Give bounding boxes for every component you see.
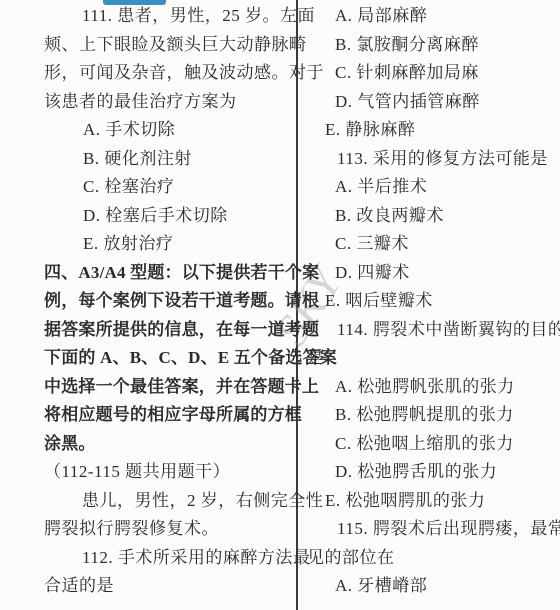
text-line: D. 松弛腭舌肌的张力 bbox=[307, 458, 557, 487]
text-line: C. 松弛咽上缩肌的张力 bbox=[307, 430, 557, 459]
text-line: E. 静脉麻醉 bbox=[307, 116, 557, 145]
text-line: 中选择一个最佳答案，并在答题卡上 bbox=[44, 373, 294, 402]
text-line: E. 咽后壁瓣术 bbox=[307, 287, 557, 316]
text-line: 115. 腭裂术后出现腭瘘，最常 bbox=[307, 515, 557, 544]
text-line: 113. 采用的修复方法可能是 bbox=[307, 145, 557, 174]
text-line: 将相应题号的相应字母所属的方框 bbox=[44, 401, 294, 430]
exam-paper-scan: SKY 111. 患者，男性，25 岁。左面颊、上下眼睑及额头巨大动静脉畸形，可… bbox=[0, 0, 560, 610]
text-line: D. 四瓣术 bbox=[307, 259, 557, 288]
text-line: A. 局部麻醉 bbox=[307, 2, 557, 31]
text-line: C. 针刺麻醉加局麻 bbox=[307, 59, 557, 88]
text-line: 合适的是 bbox=[44, 572, 294, 601]
text-line: C. 栓塞治疗 bbox=[44, 173, 294, 202]
text-line: D. 气管内插管麻醉 bbox=[307, 88, 557, 117]
text-line: 腭裂拟行腭裂修复术。 bbox=[44, 515, 294, 544]
text-line: 颊、上下眼睑及额头巨大动静脉畸 bbox=[44, 31, 294, 60]
text-line: 111. 患者，男性，25 岁。左面 bbox=[44, 2, 294, 31]
text-line: B. 改良两瓣术 bbox=[307, 202, 557, 231]
text-line: 形，可闻及杂音，触及波动感。对于 bbox=[44, 59, 294, 88]
text-line: （112-115 题共用题干） bbox=[44, 458, 294, 487]
left-column: 111. 患者，男性，25 岁。左面颊、上下眼睑及额头巨大动静脉畸形，可闻及杂音… bbox=[44, 2, 294, 601]
text-line: D. 栓塞后手术切除 bbox=[44, 202, 294, 231]
text-line: A. 牙槽嵴部 bbox=[307, 572, 557, 601]
text-line: 四、A3/A4 型题：以下提供若干个案 bbox=[44, 259, 294, 288]
right-column: A. 局部麻醉B. 氯胺酮分离麻醉C. 针刺麻醉加局麻D. 气管内插管麻醉E. … bbox=[307, 2, 557, 601]
text-line: A. 手术切除 bbox=[44, 116, 294, 145]
text-line: 114. 腭裂术中凿断翼钩的目的 bbox=[307, 316, 557, 345]
text-line: 据答案所提供的信息，在每一道考题 bbox=[44, 316, 294, 345]
text-line: 例，每个案例下设若干道考题。请根 bbox=[44, 287, 294, 316]
text-line: 见的部位在 bbox=[307, 544, 557, 573]
text-line: 是 bbox=[307, 344, 557, 373]
text-line: B. 硬化剂注射 bbox=[44, 145, 294, 174]
text-line: A. 松弛腭帆张肌的张力 bbox=[307, 373, 557, 402]
text-line: B. 松弛腭帆提肌的张力 bbox=[307, 401, 557, 430]
text-line: 下面的 A、B、C、D、E 五个备选答案 bbox=[44, 344, 294, 373]
text-line: E. 松弛咽腭肌的张力 bbox=[307, 487, 557, 516]
text-line: 患儿，男性，2 岁，右侧完全性 bbox=[44, 487, 294, 516]
text-line: 该患者的最佳治疗方案为 bbox=[44, 88, 294, 117]
text-line: 涂黑。 bbox=[44, 430, 294, 459]
text-line: B. 氯胺酮分离麻醉 bbox=[307, 31, 557, 60]
text-line: E. 放射治疗 bbox=[44, 230, 294, 259]
text-line: C. 三瓣术 bbox=[307, 230, 557, 259]
text-line: A. 半后推术 bbox=[307, 173, 557, 202]
text-line: 112. 手术所采用的麻醉方法最 bbox=[44, 544, 294, 573]
